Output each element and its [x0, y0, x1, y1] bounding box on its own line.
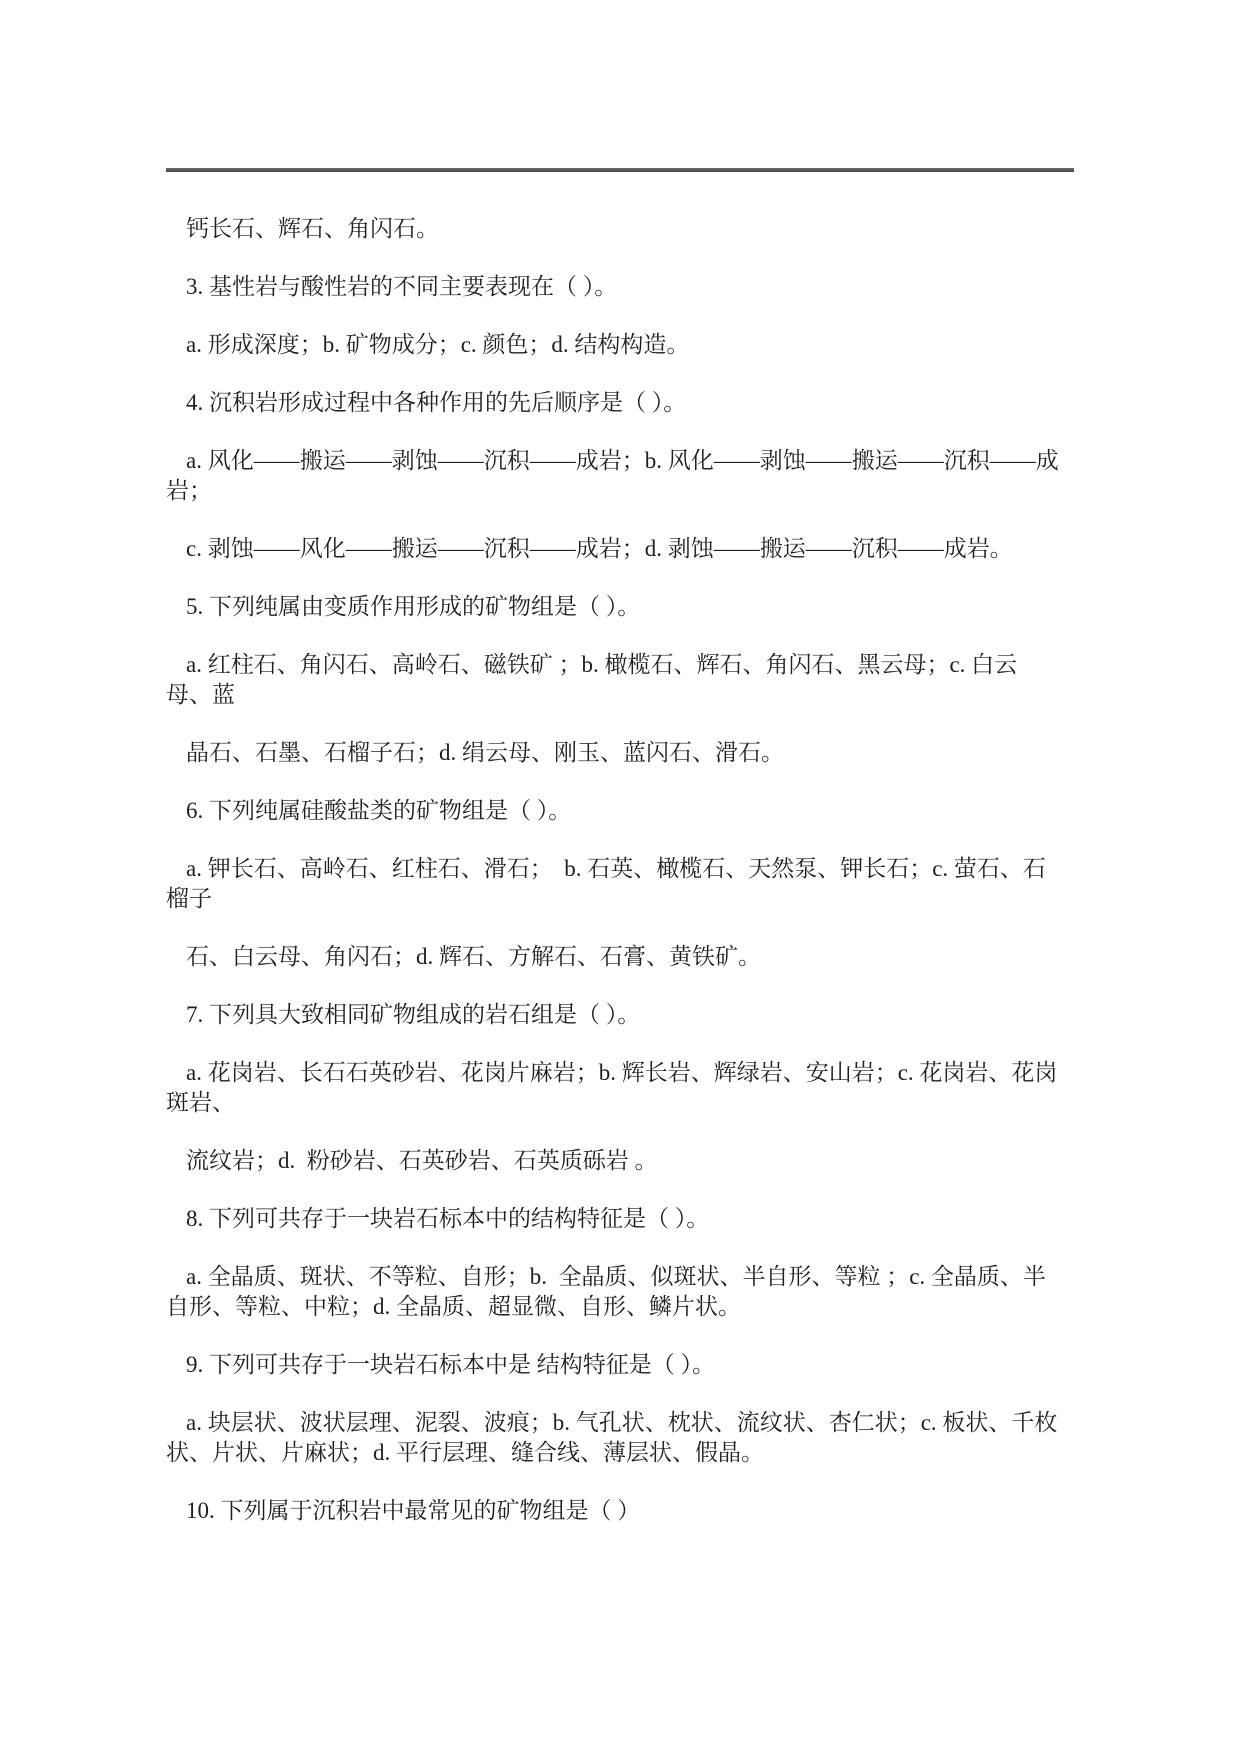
question-text: 7. 下列具大致相同矿物组成的岩石组是（ ）。 — [166, 1000, 1098, 1030]
document-page: 钙长石、辉石、角闪石。3. 基性岩与酸性岩的不同主要表现在（ ）。a. 形成深度… — [0, 0, 1240, 1754]
question-text: 6. 下列纯属硅酸盐类的矿物组是（ ）。 — [166, 796, 1098, 826]
top-rule-divider — [166, 168, 1074, 172]
question-text: 3. 基性岩与酸性岩的不同主要表现在（ ）。 — [166, 272, 1098, 302]
option-text: a. 形成深度；b. 矿物成分；c. 颜色；d. 结构构造。 — [166, 330, 1098, 360]
option-text: 钙长石、辉石、角闪石。 — [166, 214, 1098, 244]
option-text: 晶石、石墨、石榴子石；d. 绢云母、刚玉、蓝闪石、滑石。 — [166, 738, 1098, 768]
question-text: 9. 下列可共存于一块岩石标本中是 结构特征是（ ）。 — [166, 1350, 1098, 1380]
document-content: 钙长石、辉石、角闪石。3. 基性岩与酸性岩的不同主要表现在（ ）。a. 形成深度… — [166, 168, 1098, 1554]
option-text: 流纹岩；d. 粉砂岩、石英砂岩、石英质砾岩 。 — [166, 1146, 1098, 1176]
option-text: a. 风化——搬运——剥蚀——沉积——成岩；b. 风化——剥蚀——搬运——沉积—… — [166, 446, 1098, 506]
question-text: 8. 下列可共存于一块岩石标本中的结构特征是（ ）。 — [166, 1204, 1098, 1234]
question-text: 5. 下列纯属由变质作用形成的矿物组是（ ）。 — [166, 592, 1098, 622]
option-text: a. 全晶质、斑状、不等粒、自形；b. 全晶质、似斑状、半自形、等粒 ；c. 全… — [166, 1262, 1098, 1322]
option-text: 石、白云母、角闪石；d. 辉石、方解石、石膏、黄铁矿。 — [166, 942, 1098, 972]
option-text: c. 剥蚀——风化——搬运——沉积——成岩；d. 剥蚀——搬运——沉积——成岩。 — [166, 534, 1098, 564]
document-body: 钙长石、辉石、角闪石。3. 基性岩与酸性岩的不同主要表现在（ ）。a. 形成深度… — [166, 214, 1098, 1526]
option-text: a. 花岗岩、长石石英砂岩、花岗片麻岩；b. 辉长岩、辉绿岩、安山岩；c. 花岗… — [166, 1058, 1098, 1118]
question-text: 10. 下列属于沉积岩中最常见的矿物组是（ ） — [166, 1496, 1098, 1526]
option-text: a. 红柱石、角闪石、高岭石、磁铁矿 ；b. 橄榄石、辉石、角闪石、黑云母；c.… — [166, 650, 1098, 710]
question-text: 4. 沉积岩形成过程中各种作用的先后顺序是（ ）。 — [166, 388, 1098, 418]
option-text: a. 块层状、波状层理、泥裂、波痕；b. 气孔状、枕状、流纹状、杏仁状；c. 板… — [166, 1408, 1098, 1468]
option-text: a. 钾长石、高岭石、红柱石、滑石； b. 石英、橄榄石、天然泵、钾长石；c. … — [166, 854, 1098, 914]
